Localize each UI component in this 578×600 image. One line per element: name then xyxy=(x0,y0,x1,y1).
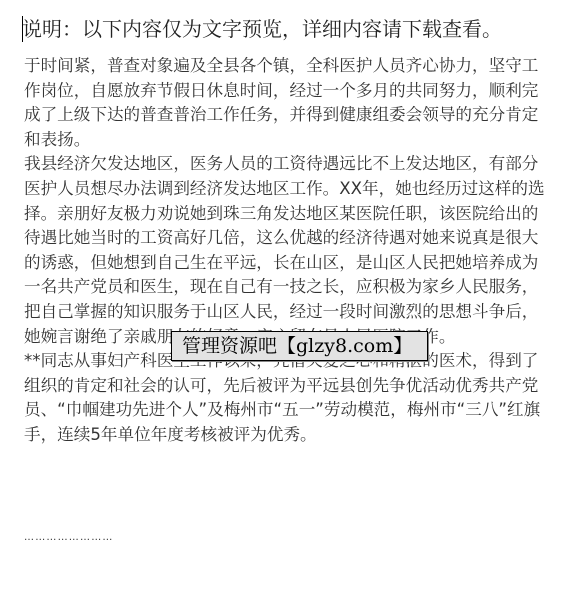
paragraph: 于时间紧，普查对象遍及全县各个镇，全科医护人员齐心协力，坚守工作岗位，自愿放弃节… xyxy=(24,54,554,152)
preview-notice: 说明：以下内容仅为文字预览，详细内容请下载查看。 xyxy=(22,14,502,44)
paragraph: **同志从事妇产科医生工作以来，凭借关爱之心和精湛的医术，得到了组织的肯定和社会… xyxy=(24,349,554,447)
paragraph: 我县经济欠发达地区，医务人员的工资待遇远比不上发达地区，有部分医护人员想尽办法调… xyxy=(24,152,554,349)
ellipsis-separator: …………………… xyxy=(24,533,114,543)
document-body: 于时间紧，普查对象遍及全县各个镇，全科医护人员齐心协力，坚守工作岗位，自愿放弃节… xyxy=(24,54,554,448)
watermark-banner: 管理资源吧【glzy8.com】 xyxy=(171,331,428,361)
